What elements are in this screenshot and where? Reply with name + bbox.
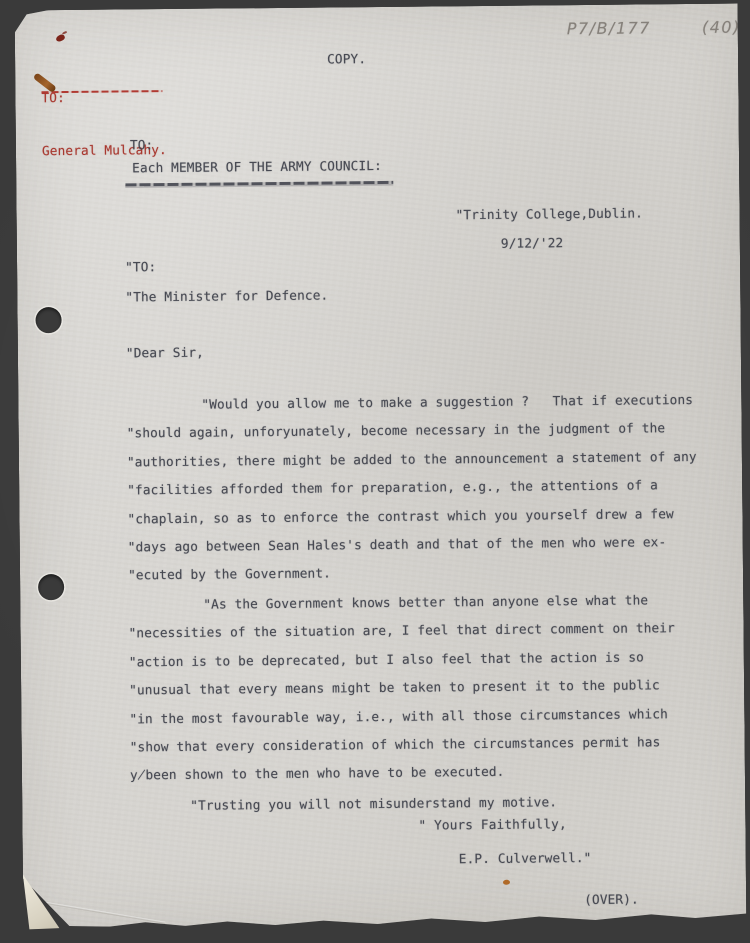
- body-paragraph-3: "Trusting you will not misunderstand my …: [130, 788, 736, 822]
- valediction: " Yours Faithfully,: [418, 817, 566, 833]
- body-line: "ecuted by the Government.: [128, 557, 734, 591]
- letter-paper: P7/B/177 (40) COPY. TO: General Mulcahy.…: [15, 4, 747, 931]
- dateline-date: 9/12/'22: [501, 236, 564, 252]
- dateline-place: "Trinity College,Dublin.: [456, 206, 643, 223]
- ink-mark: [55, 33, 66, 42]
- salutation: "Dear Sir,: [126, 346, 204, 362]
- punch-hole-top: [35, 307, 61, 333]
- recipient-name: "The Minister for Defence.: [125, 288, 328, 305]
- body-paragraph-1: "Would you allow me to make a suggestion…: [126, 387, 734, 592]
- body-paragraph-2: "As the Government knows better than any…: [128, 587, 736, 792]
- scan-background: P7/B/177 (40) COPY. TO: General Mulcahy.…: [0, 0, 750, 943]
- body-line: y̸been shown to the men who have to be e…: [130, 757, 736, 791]
- over-note: (OVER).: [584, 893, 639, 909]
- archive-ref-number: P7/B/177: [567, 18, 651, 38]
- addressee-to-label: TO:: [130, 138, 154, 153]
- copy-label: COPY.: [327, 52, 366, 67]
- addressee: Each MEMBER OF THE ARMY COUNCIL:: [132, 159, 382, 176]
- punch-hole-bottom: [38, 574, 64, 600]
- paper-sheet: P7/B/177 (40) COPY. TO: General Mulcahy.…: [15, 4, 747, 931]
- archive-reference: P7/B/177 (40): [567, 18, 741, 39]
- recipient-to-label: "TO:: [125, 260, 156, 275]
- archive-ref-suffix: (40): [702, 18, 741, 37]
- rust-speck: [503, 880, 510, 885]
- body-line: "Trusting you will not misunderstand my …: [130, 788, 736, 822]
- signature: E.P. Culverwell.": [459, 851, 592, 867]
